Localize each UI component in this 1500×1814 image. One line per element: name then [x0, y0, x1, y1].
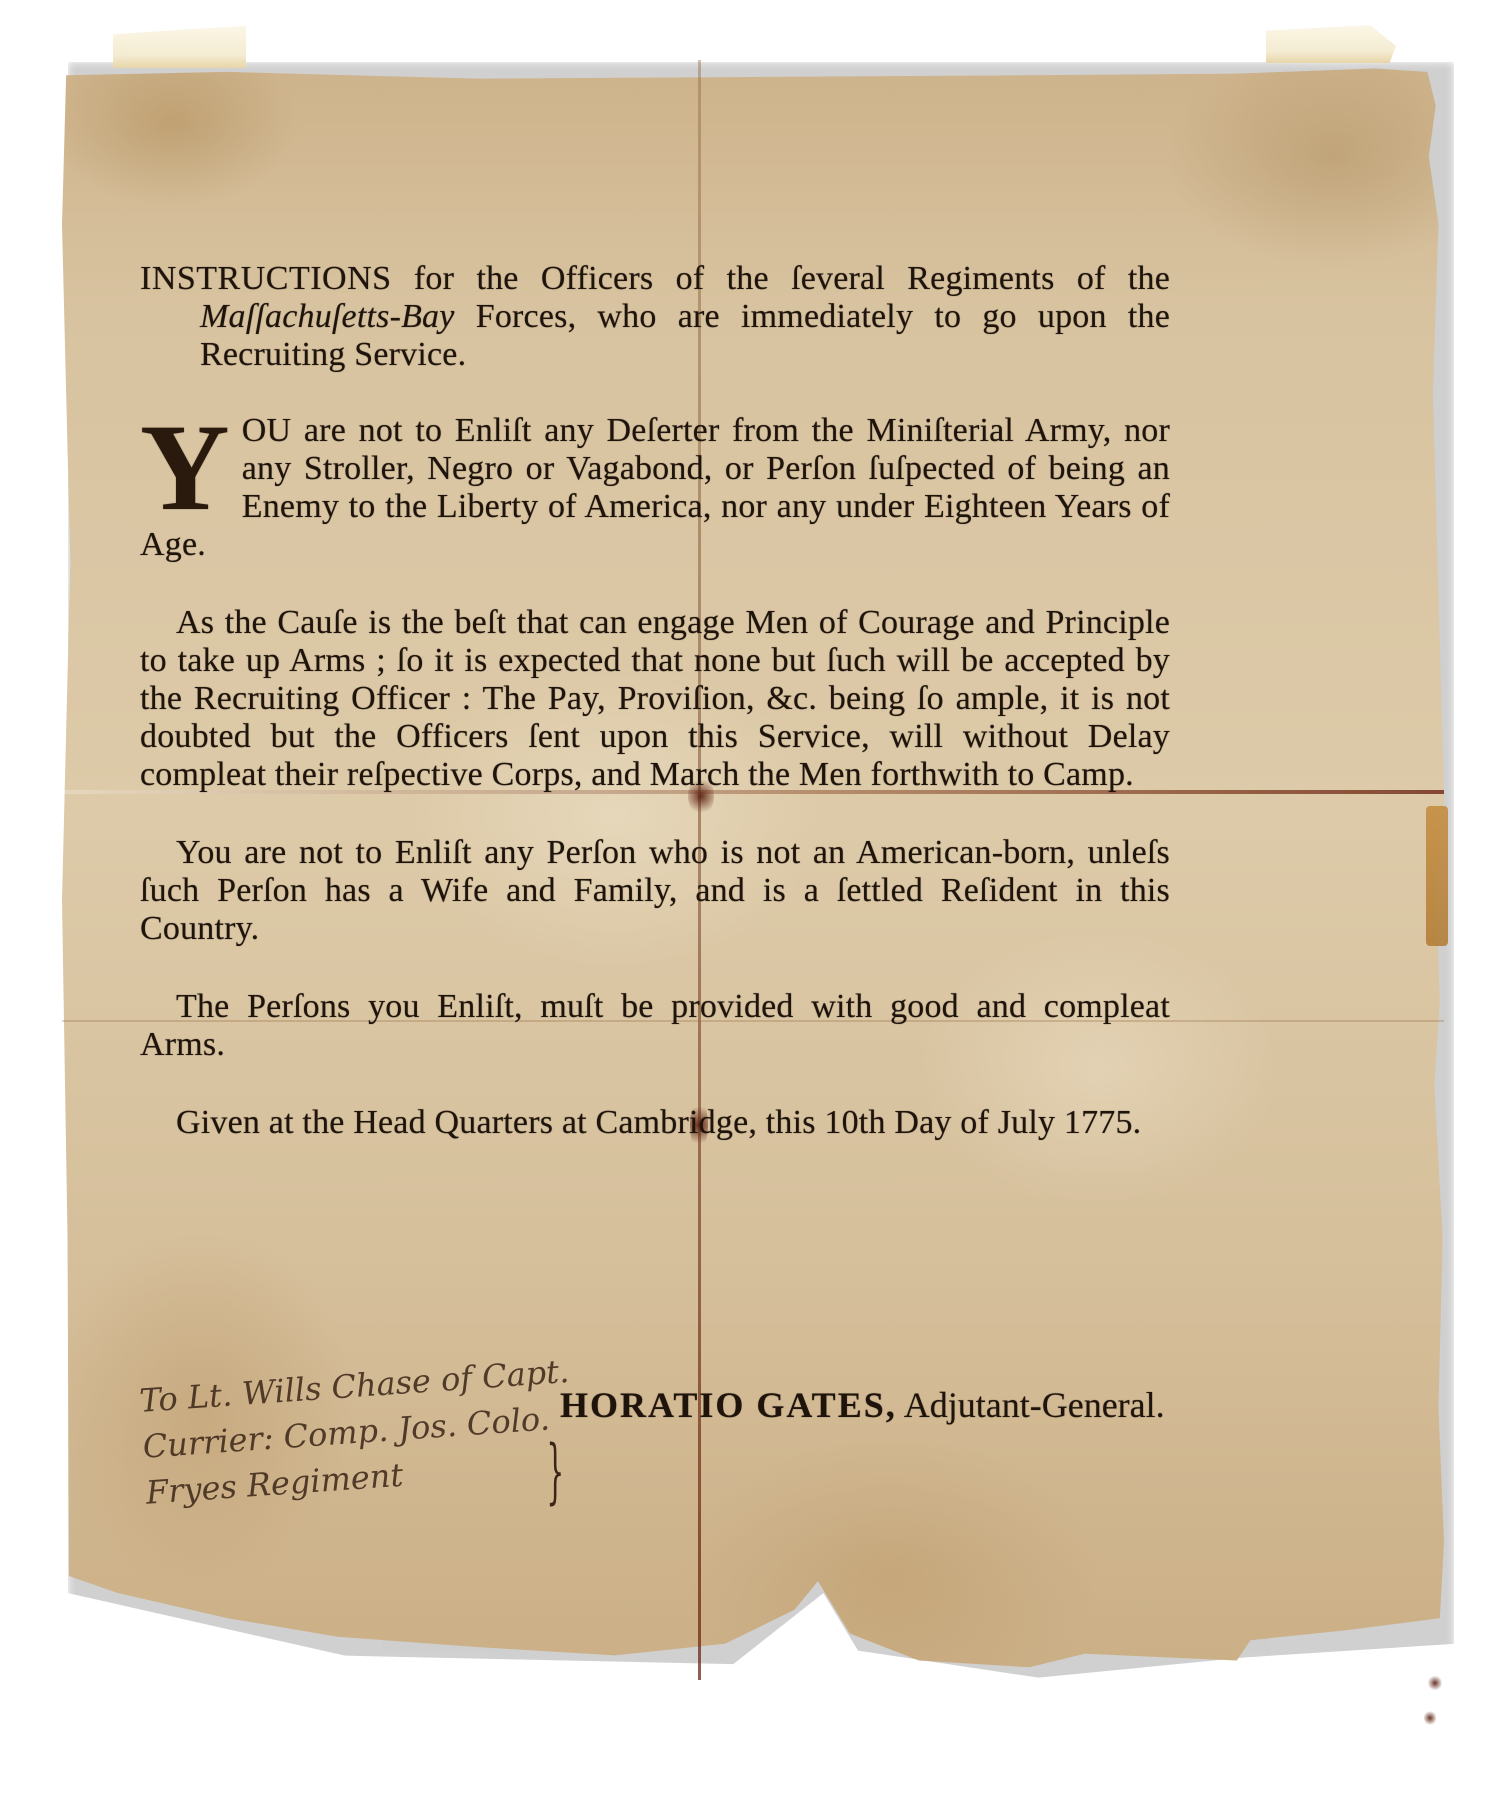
- signatory-title: Adjutant-General.: [897, 1385, 1165, 1425]
- drop-cap: Y: [140, 416, 230, 520]
- document-heading: INSTRUCTIONS for the Officers of the ſev…: [140, 260, 1170, 374]
- handwritten-brace: }: [546, 1430, 564, 1512]
- tape-left: [113, 26, 246, 68]
- heading-caps: INSTRUCTIONS: [140, 260, 392, 297]
- signatory-name: HORATIO GATES,: [560, 1385, 897, 1425]
- handwritten-note: To Lt. Wills Chase of Capt. Currier: Com…: [138, 1349, 567, 1516]
- heading-italic-place: Maſſachuſetts-Bay: [200, 298, 455, 335]
- paragraph-1-text: OU are not to Enliſt any Deſerter from t…: [140, 412, 1170, 563]
- document-body: INSTRUCTIONS for the Officers of the ſev…: [140, 260, 1170, 1182]
- ink-spot: [1428, 1675, 1442, 1691]
- given-date-line: Given at the Head Quarters at Cambridge,…: [140, 1104, 1170, 1142]
- signature-block: HORATIO GATES, Adjutant-General.: [560, 1384, 1165, 1426]
- paragraph-2: As the Cauſe is the beſt that can engage…: [140, 604, 1170, 794]
- paragraph-4: The Perſons you Enliſt, muſt be provided…: [140, 988, 1170, 1064]
- heading-line1: for the Officers of the ſeveral Regiment…: [392, 260, 1170, 297]
- ink-spot: [1424, 1710, 1436, 1726]
- paragraph-1: YOU are not to Enliſt any Deſerter from …: [140, 412, 1170, 564]
- tape-right: [1266, 25, 1396, 63]
- edge-stain: [1426, 806, 1448, 946]
- paragraph-3: You are not to Enliſt any Perſon who is …: [140, 834, 1170, 948]
